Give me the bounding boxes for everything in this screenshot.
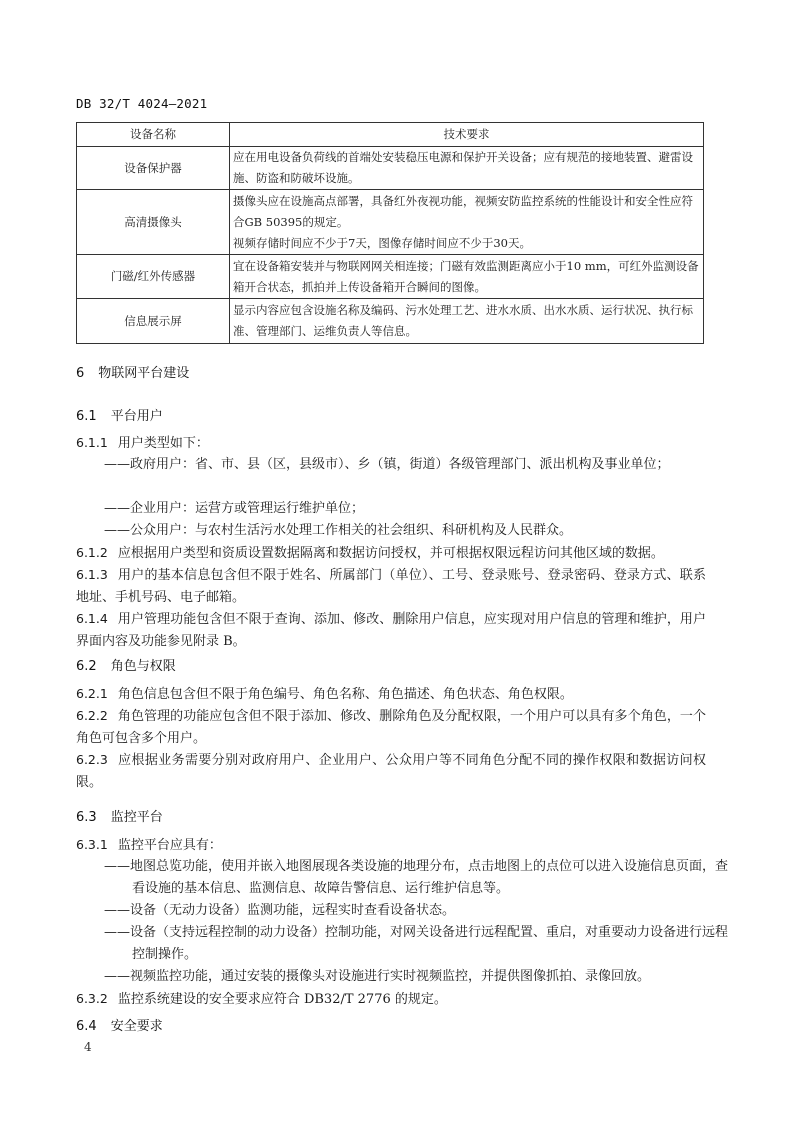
section-heading-6-3: 6.3监控平台 bbox=[76, 806, 163, 825]
clause-6-3-2: 6.3.2监控系统建设的安全要求应符合 DB32/T 2776 的规定。 bbox=[76, 988, 706, 1011]
section-number: 6.2 bbox=[76, 659, 97, 674]
clause-number: 6.2.3 bbox=[76, 749, 108, 771]
requirement-text: 宜在设备箱安装并与物联网网关相连接；门磁有效监测距离应小于10 mm，可红外监测… bbox=[230, 255, 704, 299]
requirement-line: 宜在设备箱安装并与物联网网关相连接；门磁有效监测距离应小于10 mm，可红外监测… bbox=[233, 256, 700, 298]
clause-text: 应根据业务需要分别对政府用户、企业用户、公众用户等不同角色分配不同的操作权限和数… bbox=[76, 753, 706, 790]
section-heading-6-4: 6.4安全要求 bbox=[76, 1015, 163, 1034]
section-title: 平台用户 bbox=[111, 409, 163, 424]
clause-text: 应根据用户类型和资质设置数据隔离和数据访问授权，并可根据权限远程访问其他区域的数… bbox=[118, 546, 664, 561]
table-row: 信息展示屏 显示内容应包含设施名称及编码、污水处理工艺、进水水质、出水水质、运行… bbox=[77, 299, 704, 344]
section-heading-6-1: 6.1平台用户 bbox=[76, 405, 163, 424]
table-row: 门磁/红外传感器 宜在设备箱安装并与物联网网关相连接；门磁有效监测距离应小于10… bbox=[77, 255, 704, 299]
clause-text: 用户类型如下： bbox=[118, 436, 209, 451]
section-title: 安全要求 bbox=[111, 1019, 163, 1034]
clause-text: 监控系统建设的安全要求应符合 DB32/T 2776 的规定。 bbox=[118, 992, 447, 1007]
section-number: 6.3 bbox=[76, 810, 97, 825]
clause-number: 6.1.3 bbox=[76, 564, 108, 586]
column-header-equipment-name: 设备名称 bbox=[77, 123, 230, 147]
section-title: 角色与权限 bbox=[111, 659, 176, 674]
clause-6-2-1: 6.2.1角色信息包含但不限于角色编号、角色名称、角色描述、角色状态、角色权限。 bbox=[76, 683, 706, 706]
clause-6-2-2: 6.2.2角色管理的功能应包含但不限于添加、修改、删除角色及分配权限，一个用户可… bbox=[76, 705, 706, 750]
requirement-line: 显示内容应包含设施名称及编码、污水处理工艺、进水水质、出水水质、运行状况、执行标… bbox=[233, 300, 700, 342]
clause-text: 角色信息包含但不限于角色编号、角色名称、角色描述、角色状态、角色权限。 bbox=[118, 687, 573, 702]
requirement-line: 摄像头应在设施高点部署，具备红外夜视功能，视频安防监控系统的性能设计和安全性应符… bbox=[233, 191, 700, 233]
clause-6-3-1: 6.3.1监控平台应具有： bbox=[76, 834, 706, 857]
clause-number: 6.1.4 bbox=[76, 608, 108, 630]
section-number: 6.1 bbox=[76, 409, 97, 424]
clause-number: 6.2.2 bbox=[76, 705, 108, 727]
clause-text: 用户管理功能包含但不限于查询、添加、修改、删除用户信息，应实现对用户信息的管理和… bbox=[76, 612, 706, 649]
clause-number: 6.1.1 bbox=[76, 432, 108, 454]
equipment-requirements-table: 设备名称 技术要求 设备保护器 应在用电设备负荷线的首端处安装稳压电源和保护开关… bbox=[76, 122, 704, 344]
equipment-name: 门磁/红外传感器 bbox=[77, 255, 230, 299]
table-row: 高清摄像头 摄像头应在设施高点部署，具备红外夜视功能，视频安防监控系统的性能设计… bbox=[77, 190, 704, 255]
standard-code: DB 32/T 4024—2021 bbox=[76, 96, 207, 111]
list-item: ——视频监控功能，通过安装的摄像头对设施进行实时视频监控，并提供图像抓拍、录像回… bbox=[104, 966, 736, 988]
section-number: 6.4 bbox=[76, 1019, 97, 1034]
clause-6-1-4: 6.1.4用户管理功能包含但不限于查询、添加、修改、删除用户信息，应实现对用户信… bbox=[76, 608, 706, 653]
list-item: ——设备（无动力设备）监测功能，远程实时查看设备状态。 bbox=[104, 900, 736, 922]
section-number: 6 bbox=[76, 366, 84, 381]
list-item: ——公众用户：与农村生活污水处理工作相关的社会组织、科研机构及人民群众。 bbox=[104, 520, 736, 542]
column-header-technical-requirements: 技术要求 bbox=[230, 123, 704, 147]
list-item: ——设备（支持远程控制的动力设备）控制功能，对网关设备进行远程配置、重启，对重要… bbox=[104, 922, 736, 966]
clause-number: 6.3.1 bbox=[76, 834, 108, 856]
clause-number: 6.3.2 bbox=[76, 988, 108, 1010]
page-number: 4 bbox=[84, 1040, 92, 1054]
requirement-line: 应在用电设备负荷线的首端处安装稳压电源和保护开关设备；应有规范的接地装置、避雷设… bbox=[233, 147, 700, 189]
table-header-row: 设备名称 技术要求 bbox=[77, 123, 704, 147]
equipment-name: 高清摄像头 bbox=[77, 190, 230, 255]
clause-6-1-2: 6.1.2应根据用户类型和资质设置数据隔离和数据访问授权，并可根据权限远程访问其… bbox=[76, 542, 706, 565]
section-heading-6-2: 6.2角色与权限 bbox=[76, 655, 176, 674]
list-item: ——地图总览功能，使用并嵌入地图展现各类设施的地理分布，点击地图上的点位可以进入… bbox=[104, 856, 736, 900]
equipment-name: 设备保护器 bbox=[77, 147, 230, 190]
section-title: 监控平台 bbox=[111, 810, 163, 825]
clause-6-2-3: 6.2.3应根据业务需要分别对政府用户、企业用户、公众用户等不同角色分配不同的操… bbox=[76, 749, 706, 794]
clause-text: 用户的基本信息包含但不限于姓名、所属部门（单位）、工号、登录账号、登录密码、登录… bbox=[76, 568, 706, 605]
equipment-name: 信息展示屏 bbox=[77, 299, 230, 344]
clause-number: 6.1.2 bbox=[76, 542, 108, 564]
list-item: ——政府用户：省、市、县（区，县级市）、乡（镇，街道）各级管理部门、派出机构及事… bbox=[104, 454, 736, 476]
clause-text: 监控平台应具有： bbox=[118, 838, 222, 853]
requirement-text: 摄像头应在设施高点部署，具备红外夜视功能，视频安防监控系统的性能设计和安全性应符… bbox=[230, 190, 704, 255]
clause-6-1-3: 6.1.3用户的基本信息包含但不限于姓名、所属部门（单位）、工号、登录账号、登录… bbox=[76, 564, 706, 609]
document-page: DB 32/T 4024—2021 设备名称 技术要求 设备保护器 应在用电设备… bbox=[0, 0, 800, 1131]
section-title: 物联网平台建设 bbox=[98, 366, 189, 381]
clause-6-1-1: 6.1.1用户类型如下： bbox=[76, 432, 706, 455]
list-item: ——企业用户：运营方或管理运行维护单位； bbox=[104, 498, 736, 520]
section-heading-6: 6物联网平台建设 bbox=[76, 362, 189, 381]
requirement-text: 应在用电设备负荷线的首端处安装稳压电源和保护开关设备；应有规范的接地装置、避雷设… bbox=[230, 147, 704, 190]
requirement-text: 显示内容应包含设施名称及编码、污水处理工艺、进水水质、出水水质、运行状况、执行标… bbox=[230, 299, 704, 344]
requirement-line: 视频存储时间应不少于7天，图像存储时间应不少于30天。 bbox=[233, 233, 700, 254]
clause-number: 6.2.1 bbox=[76, 683, 108, 705]
table-row: 设备保护器 应在用电设备负荷线的首端处安装稳压电源和保护开关设备；应有规范的接地… bbox=[77, 147, 704, 190]
clause-text: 角色管理的功能应包含但不限于添加、修改、删除角色及分配权限，一个用户可以具有多个… bbox=[76, 709, 706, 746]
